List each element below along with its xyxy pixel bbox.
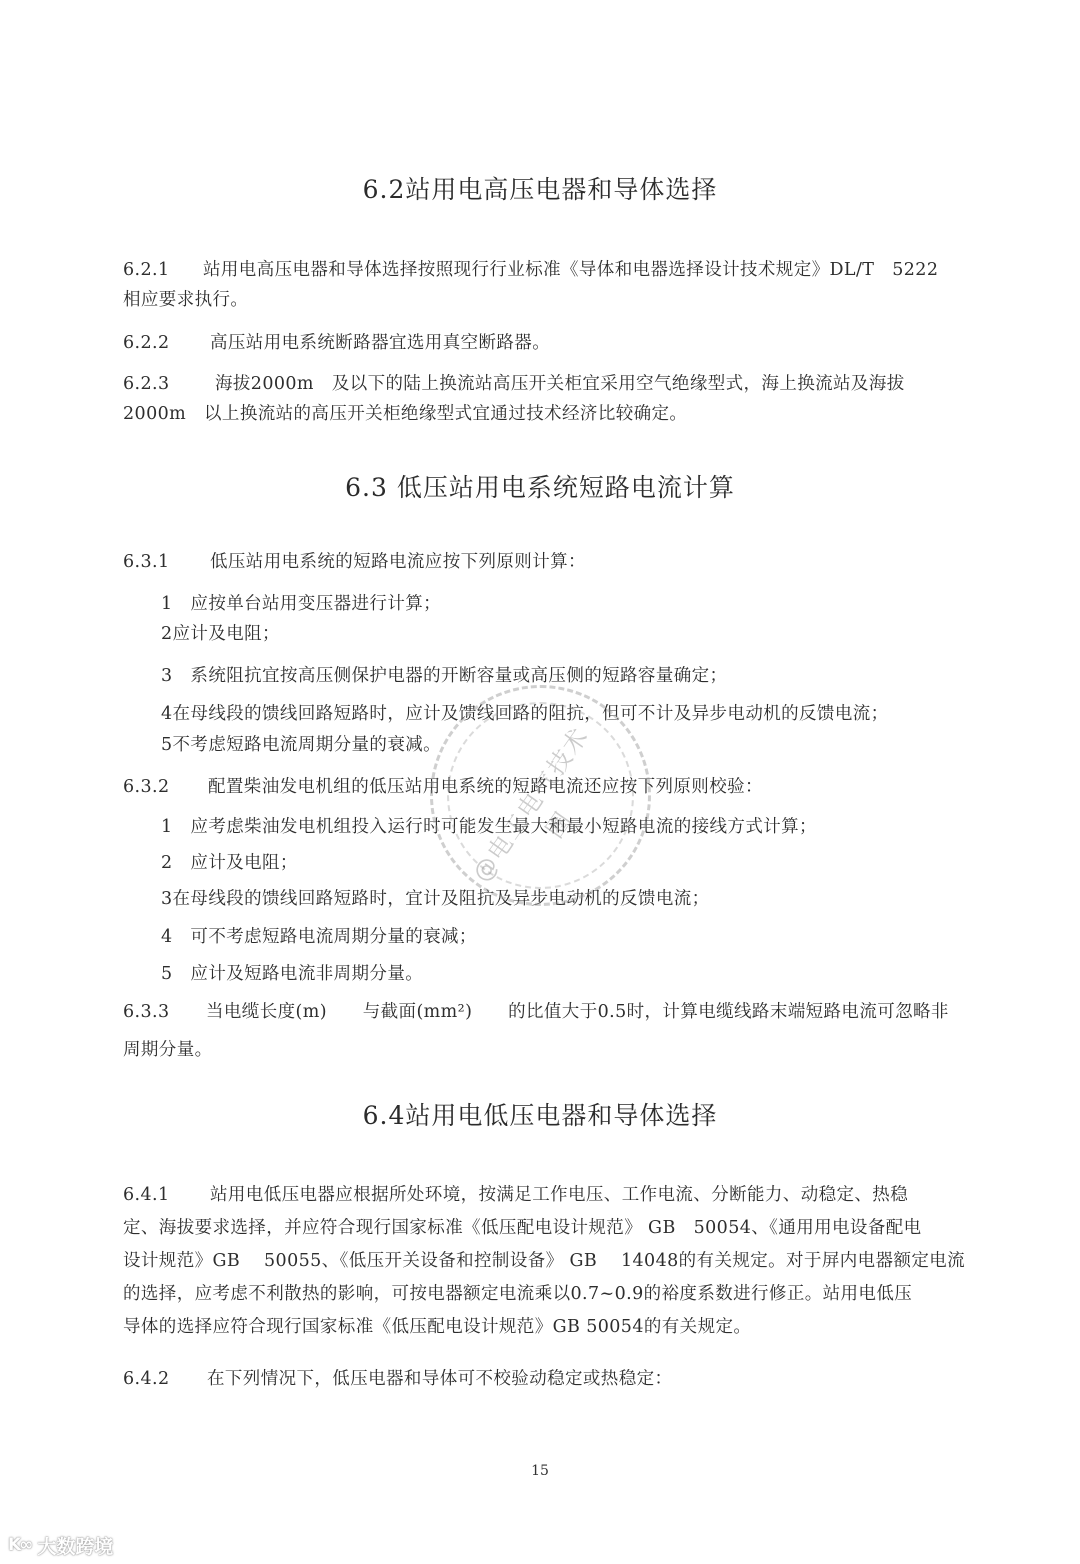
clause-text: 低压站用电系统的短路电流应按下列原则计算： bbox=[210, 552, 586, 572]
clause-6-4-1-line-1: 6.4.1站用电低压电器应根据所处环境，按满足工作电压、工作电流、分断能力、动稳… bbox=[123, 1181, 908, 1206]
clause-text: 当电缆长度(m) 与截面(mm²) 的比值大于0.5时，计算电缆线路末端短路电流… bbox=[206, 1002, 949, 1022]
clause-number: 6.2.3 bbox=[123, 374, 215, 394]
clause-6-4-2: 6.4.2在下列情况下，低压电器和导体可不校验动稳定或热稳定： bbox=[123, 1365, 672, 1390]
clause-number: 6.3.2 bbox=[123, 777, 208, 797]
clause-6-3-1: 6.3.1低压站用电系统的短路电流应按下列原则计算： bbox=[123, 548, 586, 573]
page-number: 15 bbox=[0, 1463, 1080, 1479]
clause-number: 6.3.3 bbox=[123, 1002, 206, 1022]
clause-6-4-1-line-5: 导体的选择应符合现行国家标准《低压配电设计规范》GB 50054的有关规定。 bbox=[123, 1313, 751, 1338]
clause-6-2-1-line-2: 相应要求执行。 bbox=[123, 286, 248, 311]
clause-6-3-1-item-3: 3 系统阻抗宜按高压侧保护电器的开断容量或高压侧的短路容量确定； bbox=[161, 662, 727, 687]
clause-text: 在下列情况下，低压电器和导体可不校验动稳定或热稳定： bbox=[207, 1369, 672, 1389]
section-heading-6-2: 6.2站用电高压电器和导体选择 bbox=[0, 170, 1080, 206]
clause-6-2-3-line-1: 6.2.3海拔2000m 及以下的陆上换流站高压开关柜宜采用空气绝缘型式，海上换… bbox=[123, 370, 905, 395]
section-heading-6-4: 6.4站用电低压电器和导体选择 bbox=[0, 1096, 1080, 1132]
clause-text: 站用电低压电器应根据所处环境，按满足工作电压、工作电流、分断能力、动稳定、热稳 bbox=[210, 1185, 908, 1205]
section-heading-6-3: 6.3 低压站用电系统短路电流计算 bbox=[0, 468, 1080, 504]
clause-6-3-1-item-5: 5不考虑短路电流周期分量的衰减。 bbox=[161, 731, 441, 756]
clause-6-3-2-item-2: 2 应计及电阻； bbox=[161, 849, 298, 874]
clause-number: 6.4.1 bbox=[123, 1185, 210, 1205]
clause-6-4-1-line-3: 设计规范》GB 50055、《低压开关设备和控制设备》 GB 14048的有关规… bbox=[123, 1247, 965, 1272]
corner-logo: K∞ 大数跨境 bbox=[8, 1530, 113, 1560]
logo-mark-icon: K∞ bbox=[8, 1535, 31, 1555]
clause-6-3-1-item-1: 1 应按单台站用变压器进行计算； bbox=[161, 590, 441, 615]
clause-6-3-1-item-4: 4在母线段的馈线回路短路时，应计及馈线回路的阻抗，但可不计及异步电动机的反馈电流… bbox=[161, 700, 889, 725]
clause-6-3-3-line-2: 周期分量。 bbox=[123, 1036, 213, 1061]
clause-6-3-1-item-2: 2应计及电阻； bbox=[161, 620, 280, 645]
clause-number: 6.2.2 bbox=[123, 333, 210, 353]
clause-text: 高压站用电系统断路器宜选用真空断路器。 bbox=[210, 333, 550, 353]
clause-6-2-1-line-1: 6.2.1站用电高压电器和导体选择按照现行行业标准《导体和电器选择设计技术规定》… bbox=[123, 256, 938, 281]
clause-6-4-1-line-4: 的选择，应考虑不利散热的影响，可按电器额定电流乘以0.7~0.9的裕度系数进行修… bbox=[123, 1280, 912, 1305]
clause-text: 海拔2000m 及以下的陆上换流站高压开关柜宜采用空气绝缘型式，海上换流站及海拔 bbox=[215, 374, 905, 394]
clause-6-2-3-line-2: 2000m 以上换流站的高压开关柜绝缘型式宜通过技术经济比较确定。 bbox=[123, 400, 687, 425]
clause-6-3-2-item-5: 5 应计及短路电流非周期分量。 bbox=[161, 960, 423, 985]
clause-number: 6.2.1 bbox=[123, 260, 203, 280]
clause-number: 6.4.2 bbox=[123, 1369, 207, 1389]
clause-6-3-2-item-4: 4 可不考虑短路电流周期分量的衰减； bbox=[161, 923, 477, 948]
clause-6-3-2-item-3: 3在母线段的馈线回路短路时，宜计及阻抗及异步电动机的反馈电流； bbox=[161, 885, 710, 910]
clause-number: 6.3.1 bbox=[123, 552, 210, 572]
clause-6-3-3-line-1: 6.3.3当电缆长度(m) 与截面(mm²) 的比值大于0.5时，计算电缆线路末… bbox=[123, 998, 949, 1023]
clause-6-4-1-line-2: 定、海拔要求选择，并应符合现行国家标准《低压配电设计规范》 GB 50054、《… bbox=[123, 1214, 922, 1239]
clause-6-3-2: 6.3.2配置柴油发电机组的低压站用电系统的短路电流还应按下列原则校验： bbox=[123, 773, 763, 798]
logo-text: 大数跨境 bbox=[37, 1532, 113, 1559]
clause-text: 配置柴油发电机组的低压站用电系统的短路电流还应按下列原则校验： bbox=[208, 777, 763, 797]
clause-6-3-2-item-1: 1 应考虑柴油发电机组投入运行时可能发生最大和最小短路电流的接线方式计算； bbox=[161, 813, 817, 838]
clause-6-2-2: 6.2.2高压站用电系统断路器宜选用真空断路器。 bbox=[123, 329, 550, 354]
clause-text: 站用电高压电器和导体选择按照现行行业标准《导体和电器选择设计技术规定》DL/T … bbox=[203, 260, 938, 280]
